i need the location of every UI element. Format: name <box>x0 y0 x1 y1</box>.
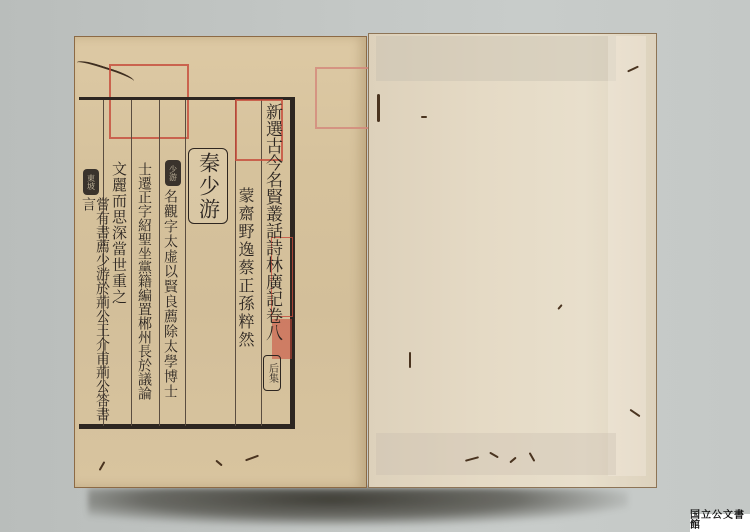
open-book: 秦少游 新選古今名賢叢話詩林廣記卷八 蒙齋野逸蔡正孫粹然 后集 少游 名觀字太虚… <box>74 33 657 490</box>
name-badge-text: 少游 <box>168 165 179 181</box>
author-column-text: 蒙齋野逸蔡正孫粹然 <box>237 187 253 349</box>
column-rule <box>159 100 160 426</box>
text-column-4: 嘗有書薦少游於荊公王介甫荊公答書言 <box>81 197 109 427</box>
worm-hole <box>409 352 411 368</box>
worm-hole <box>245 455 259 462</box>
title-cartouche: 秦少游 <box>188 148 228 224</box>
worm-hole <box>421 116 427 118</box>
title-text: 秦少游 <box>198 152 219 221</box>
worm-hole <box>215 460 222 467</box>
worm-hole <box>377 94 380 122</box>
volume-label: 后集 <box>263 355 281 391</box>
side-badge: 東坡 <box>83 169 99 195</box>
book-shadow <box>88 488 628 526</box>
text-column-2: 士遷正字紹聖坐黨籍編置郴州長於議論 <box>137 162 151 432</box>
column-rule <box>131 100 132 426</box>
red-seal-stamp-faint <box>315 67 370 129</box>
watermark-japanese: 国立公文書館 <box>690 511 750 531</box>
volume-label-text: 后集 <box>265 363 280 383</box>
right-page <box>368 33 657 488</box>
text-column-3: 文麗而思深當世重之 <box>111 161 126 305</box>
side-badge-text: 東坡 <box>86 174 97 190</box>
paper-repair-strip <box>608 36 646 476</box>
column-rule <box>185 100 186 426</box>
worm-hole <box>557 304 562 310</box>
worm-hole <box>99 461 106 471</box>
name-badge: 少游 <box>165 160 181 186</box>
archive-watermark-logo: 国立公文書館 National Archives of Japan <box>690 514 750 532</box>
paper-repair-strip <box>376 433 616 475</box>
paper-repair-strip <box>376 36 616 81</box>
left-page: 秦少游 新選古今名賢叢話詩林廣記卷八 蒙齋野逸蔡正孫粹然 后集 少游 名觀字太虚… <box>74 36 367 488</box>
text-column-1: 名觀字太虚以賢良薦除太學博士 <box>163 189 177 429</box>
